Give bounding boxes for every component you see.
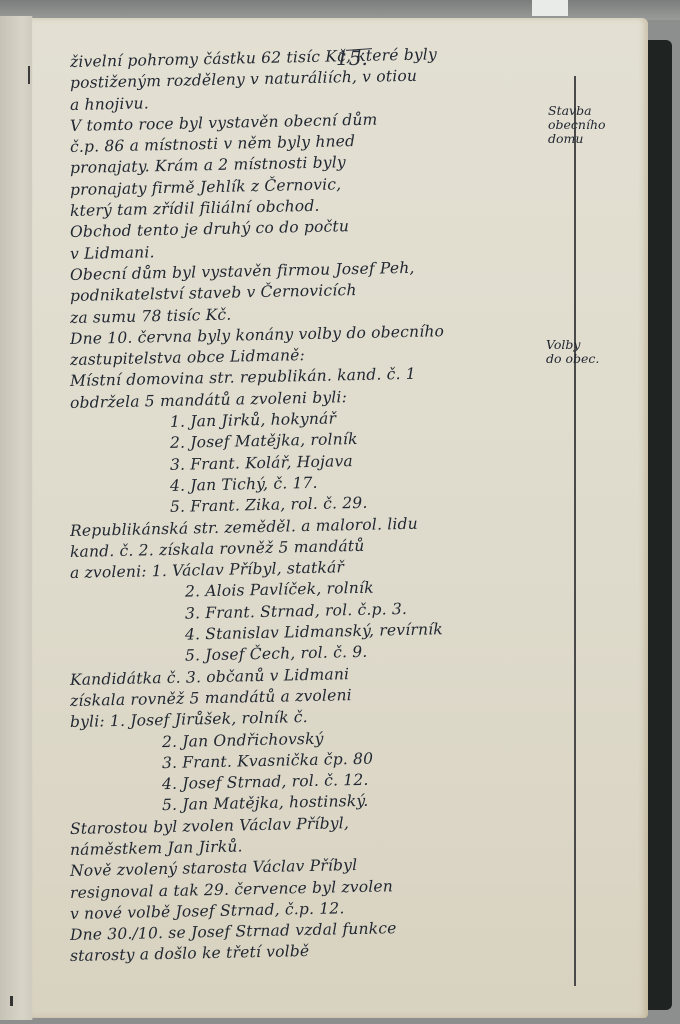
scan-background-top	[0, 0, 680, 20]
margin-note-building: Stavba obecního domu	[548, 104, 606, 146]
handwritten-body: živelní pohromy částku 62 tisíc Kč, kter…	[70, 52, 540, 968]
margin-rule	[574, 76, 576, 986]
margin-note-line: do obec.	[546, 352, 599, 366]
binding-mark	[10, 996, 13, 1006]
margin-note-line: Stavba	[548, 104, 606, 118]
margin-note-line: Volby	[546, 338, 599, 352]
margin-note-line: domu	[548, 132, 606, 146]
margin-note-elections: Volby do obec.	[546, 338, 599, 366]
binding-mark	[28, 66, 30, 84]
book-cover	[644, 40, 672, 1010]
previous-page-edge	[0, 16, 33, 1020]
paper-tag	[532, 0, 568, 16]
margin-note-line: obecního	[548, 118, 606, 132]
